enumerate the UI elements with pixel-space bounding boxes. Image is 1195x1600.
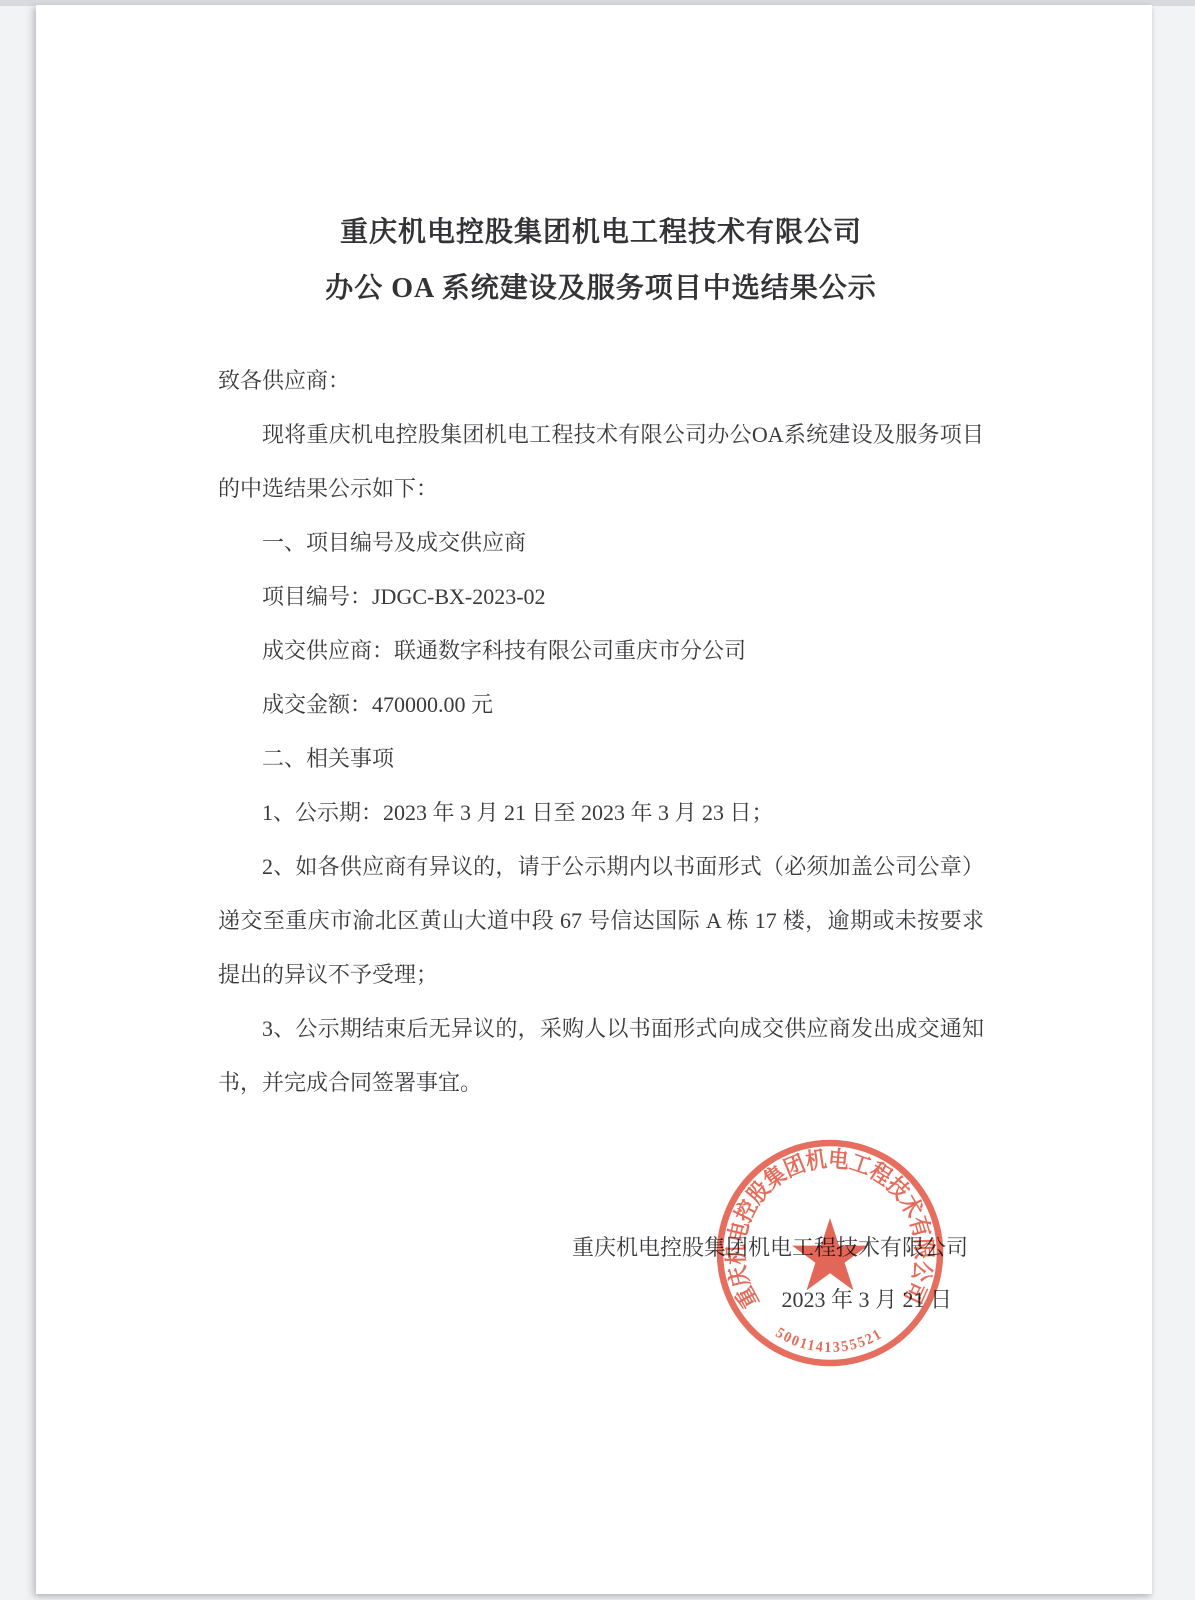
document-body: 致各供应商： 现将重庆机电控股集团机电工程技术有限公司办公OA系统建设及服务项目… xyxy=(218,354,984,1110)
section2-heading: 二、相关事项 xyxy=(218,732,984,786)
document-title: 重庆机电控股集团机电工程技术有限公司 办公 OA 系统建设及服务项目中选结果公示 xyxy=(218,205,984,317)
section1-heading: 一、项目编号及成交供应商 xyxy=(218,516,984,570)
document-content: 重庆机电控股集团机电工程技术有限公司 办公 OA 系统建设及服务项目中选结果公示… xyxy=(218,5,984,1110)
scanned-document-canvas: 重庆机电控股集团机电工程技术有限公司 办公 OA 系统建设及服务项目中选结果公示… xyxy=(0,0,1195,1600)
document-page: 重庆机电控股集团机电工程技术有限公司 办公 OA 系统建设及服务项目中选结果公示… xyxy=(36,5,1152,1594)
notice-item-3: 3、公示期结束后无异议的，采购人以书面形式向成交供应商发出成交通知书，并完成合同… xyxy=(218,1002,984,1110)
project-number-line: 项目编号：JDGC-BX-2023-02 xyxy=(218,570,984,624)
notice-item-1: 1、公示期：2023 年 3 月 21 日至 2023 年 3 月 23 日； xyxy=(218,786,984,840)
company-seal-stamp: 重庆机电控股集团机电工程技术有限公司 5001141355521 xyxy=(715,1138,945,1368)
seal-serial-number: 5001141355521 xyxy=(773,1325,886,1356)
title-line-2: 办公 OA 系统建设及服务项目中选结果公示 xyxy=(218,261,984,317)
title-line-1: 重庆机电控股集团机电工程技术有限公司 xyxy=(218,205,984,261)
intro-paragraph: 现将重庆机电控股集团机电工程技术有限公司办公OA系统建设及服务项目的中选结果公示… xyxy=(218,408,984,516)
salutation: 致各供应商： xyxy=(218,354,984,408)
winning-supplier-line: 成交供应商：联通数字科技有限公司重庆市分公司 xyxy=(218,624,984,678)
star-icon xyxy=(792,1218,868,1290)
notice-item-2: 2、如各供应商有异议的，请于公示期内以书面形式（必须加盖公司公章）递交至重庆市渝… xyxy=(218,840,984,1002)
deal-amount-line: 成交金额：470000.00 元 xyxy=(218,678,984,732)
